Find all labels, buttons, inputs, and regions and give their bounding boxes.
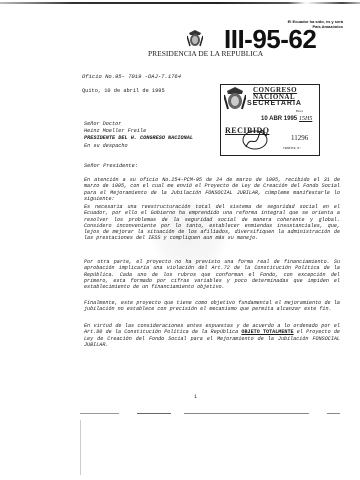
stamp-number: 11296 [291, 134, 308, 142]
addressee-name: Heinz Moeller Freile [84, 128, 193, 135]
stamp-time: 15H5 [299, 116, 312, 122]
salutation: Señor Presidente: [84, 163, 138, 169]
coat-of-arms-icon [224, 87, 246, 111]
scan-margin-mark [80, 420, 81, 475]
addressee-location: En su despacho [84, 143, 193, 150]
paragraph-3: Por otra parte, el proyecto no ha previs… [84, 259, 340, 290]
addressee-position: PRESIDENTE DEL H. CONGRESO NACIONAL [84, 135, 193, 142]
paragraph-1: En atención a su oficio No.254-PCM-95 de… [84, 177, 340, 202]
stamp-footer: TRAMITE N° [283, 147, 301, 150]
paragraph-5: En virtud de las consideraciones antes e… [84, 323, 340, 348]
stamp-line-secretaria: SECRETARIA [247, 100, 302, 107]
stamp-hora-label: Hora [296, 109, 303, 113]
received-stamp: CONGRESO NACIONAL SECRETARIA Hora 10 ABR… [220, 84, 320, 156]
paragraph-4: Finalmente, este proyecto que tiene como… [84, 300, 340, 313]
institution-heading: PRESIDENCIA DE LA REPUBLICA [148, 49, 263, 58]
oficio-reference: Oficio No.95- 7019 -DAJ-T.1764 [82, 73, 181, 80]
veto-emphasis: OBJETO TOTALMENTE [241, 329, 293, 335]
page-top-edge [0, 2, 360, 4]
addressee-title: Señor Doctor [84, 121, 193, 128]
addressee-block: Señor Doctor Heinz Moeller Freile PRESID… [84, 121, 193, 150]
page-number: 1 [194, 394, 197, 400]
page-bottom-rule [80, 413, 340, 414]
date-line: Quito, 10 de abril de 1995 [82, 88, 165, 94]
coat-of-arms-icon [187, 30, 203, 48]
signature-icon [241, 129, 271, 151]
stamp-date: 10 ABR 1995 [261, 116, 297, 122]
paragraph-2: Es necesaria una reestructuración total … [84, 204, 340, 242]
